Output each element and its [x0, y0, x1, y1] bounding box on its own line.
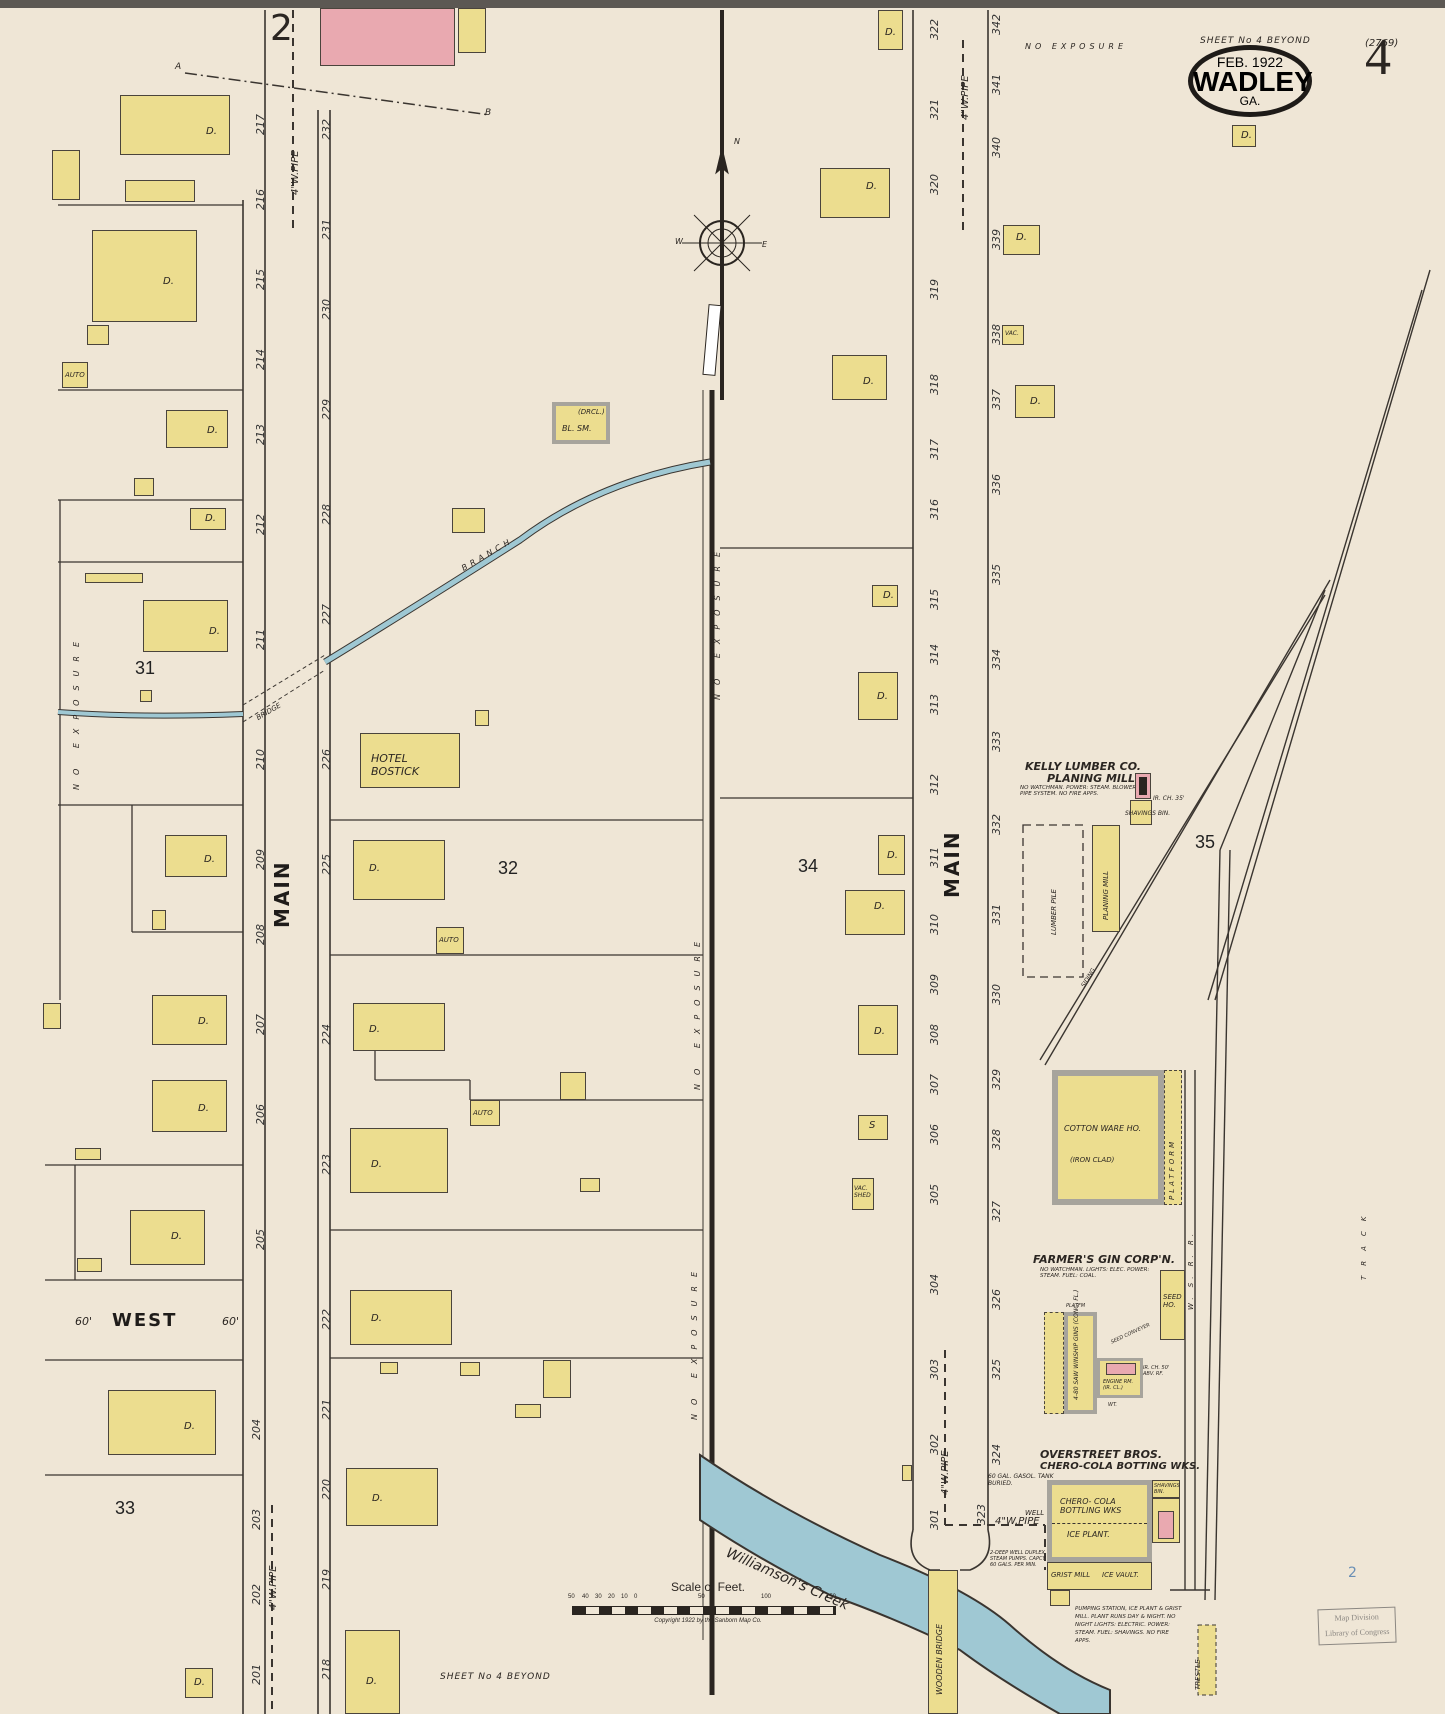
addr-208: 208 [254, 924, 267, 945]
shed [460, 1362, 480, 1376]
addr-314: 314 [928, 644, 941, 665]
catalog-number: (2769) [1365, 38, 1398, 49]
chero-boiler-house [1152, 1498, 1180, 1543]
addr-210: 210 [254, 749, 267, 770]
addr-213: 213 [254, 424, 267, 445]
pipe-label-north-east: 4"W.PIPE [960, 75, 971, 120]
kelly-stack-label: IR. CH. 35' [1153, 795, 1185, 802]
block-35: 35 [1195, 832, 1215, 853]
addr-327: 327 [990, 1201, 1003, 1222]
auto-garage [85, 573, 143, 583]
dwelling: D. [143, 600, 228, 652]
pump-shed [1050, 1590, 1070, 1606]
no-exposure-center: NO EXPOSURE [693, 933, 702, 1090]
addr-305: 305 [928, 1184, 941, 1205]
dwelling: D. [120, 95, 230, 155]
addr-228: 228 [320, 504, 333, 525]
addr-313: 313 [928, 694, 941, 715]
shed [543, 1360, 571, 1398]
frame-store [458, 8, 486, 53]
dwelling: D. [820, 168, 890, 218]
hotel-bostick: HOTEL BOSTICK [360, 733, 460, 788]
addr-211: 211 [254, 629, 267, 650]
auto-garage [134, 478, 154, 496]
planing-mill-label: PLANING MILL [1102, 871, 1110, 920]
no-exposure-top: NO EXPOSURE [1025, 42, 1127, 51]
dwelling: D. [350, 1290, 452, 1345]
block-32: 32 [498, 858, 518, 879]
scale-bar: Scale of Feet. 50 40 30 20 10 0 50 100 1… [568, 1580, 848, 1624]
auto-garage [52, 150, 80, 200]
shed [140, 690, 152, 702]
dwelling: D. [92, 230, 197, 322]
dwelling: D. [1232, 125, 1256, 147]
cotton-warehouse: COTTON WARE HO. (IRON CLAD) [1052, 1070, 1164, 1205]
addr-212: 212 [254, 514, 267, 535]
title-cartouche: FEB. 1922 WADLEY GA. [1188, 45, 1312, 117]
addr-318: 318 [928, 374, 941, 395]
gin-building [1064, 1312, 1097, 1414]
auto-garage: AUTO [436, 927, 464, 954]
addr-328: 328 [990, 1129, 1003, 1150]
no-exposure-center-south: NO EXPOSURE [690, 1263, 699, 1420]
dwelling: D. [872, 585, 898, 607]
scale-title: Scale of Feet. [568, 1580, 848, 1594]
corner-mark: 2 [1348, 1565, 1357, 1581]
compass-e: E [762, 240, 767, 249]
addr-333: 333 [990, 731, 1003, 752]
addr-341: 341 [990, 74, 1003, 95]
addr-329: 329 [990, 1069, 1003, 1090]
block-33: 33 [115, 1498, 135, 1519]
dwelling: D. [152, 1080, 227, 1132]
addr-306: 306 [928, 1124, 941, 1145]
library-stamp: Map Division Library of Congress [1317, 1607, 1396, 1646]
chero-notes: PUMPING STATION, ICE PLANT & GRIST MILL.… [1075, 1605, 1185, 1645]
no-exposure-west: NO EXPOSURE [72, 633, 81, 790]
top-border [0, 0, 1445, 8]
boiler [1158, 1511, 1174, 1539]
addr-202: 202 [250, 1584, 263, 1605]
dwelling: D. [878, 835, 905, 875]
addr-223: 223 [320, 1154, 333, 1175]
addr-302: 302 [928, 1434, 941, 1455]
dwelling: D. [353, 1003, 445, 1051]
lumber-pile-label: LUMBER PILE [1050, 889, 1058, 935]
divider [1052, 1523, 1147, 1524]
addr-326: 326 [990, 1289, 1003, 1310]
addr-225: 225 [320, 854, 333, 875]
chero-cola-bottling-works: CHERO- COLA BOTTLING WKS ICE PLANT. [1047, 1480, 1152, 1562]
addr-218: 218 [320, 1659, 333, 1680]
shed [152, 910, 166, 930]
addr-205: 205 [254, 1229, 267, 1250]
dwelling: D. [858, 672, 898, 720]
addr-214: 214 [254, 349, 267, 370]
addr-311: 311 [928, 847, 941, 868]
dwelling: D. [108, 1390, 216, 1455]
vacant-shed: VAC. SHED [852, 1178, 874, 1210]
addr-216: 216 [254, 189, 267, 210]
addr-323: 323 [975, 1504, 988, 1525]
addr-203: 203 [250, 1509, 263, 1530]
boiler [1106, 1363, 1136, 1375]
addr-317: 317 [928, 439, 941, 460]
street-main-east: MAIN [940, 830, 964, 898]
addr-336: 336 [990, 474, 1003, 495]
shed [87, 325, 109, 345]
addr-324: 324 [990, 1444, 1003, 1465]
addr-325: 325 [990, 1359, 1003, 1380]
addr-309: 309 [928, 974, 941, 995]
addr-339: 339 [990, 229, 1003, 250]
addr-206: 206 [254, 1104, 267, 1125]
addr-338: 338 [990, 324, 1003, 345]
addr-230: 230 [320, 299, 333, 320]
sheet-beyond-top: SHEET No 4 BEYOND [1200, 36, 1311, 46]
addr-340: 340 [990, 137, 1003, 158]
auto-garage: AUTO [62, 362, 88, 388]
addr-222: 222 [320, 1309, 333, 1330]
stack-icon [1139, 777, 1147, 795]
dwelling: D. [190, 508, 226, 530]
auto-garage [77, 1258, 102, 1272]
section-a: A [175, 62, 181, 72]
gin-stack-label: IR. CH. 50' ABV. RF. [1143, 1365, 1171, 1377]
pipe-label-south-east: 4"W.PIPE [940, 1450, 951, 1495]
addr-226: 226 [320, 749, 333, 770]
grist-mill-ice-vault: GRIST MILL ICE VAULT. [1047, 1562, 1152, 1590]
addr-227: 227 [320, 604, 333, 625]
addr-342: 342 [990, 14, 1003, 35]
sheet-beyond-bottom: SHEET No 4 BEYOND [440, 1672, 551, 1682]
addr-320: 320 [928, 174, 941, 195]
cotton-platform-label: PLATFORM [1168, 1139, 1176, 1200]
auto-garage: AUTO [470, 1100, 500, 1126]
shed [475, 710, 489, 726]
blacksmith-shop: BL. SM. (DRCL.) [552, 402, 610, 444]
pipe-label-north-west: 4"W.PIPE [290, 150, 301, 195]
addr-321: 321 [928, 99, 941, 120]
addr-217: 217 [254, 114, 267, 135]
gin-name: FARMER'S GIN CORP'N. [1033, 1253, 1175, 1266]
vacant: VAC. [1002, 325, 1024, 345]
engine-room: ENGINE RM. (IR. CL.) [1097, 1358, 1143, 1398]
dwelling: D. [353, 840, 445, 900]
store: S [858, 1115, 888, 1140]
street-west: WEST [112, 1310, 177, 1331]
gin-platform-label: PLATFM [1066, 1303, 1085, 1309]
addr-337: 337 [990, 389, 1003, 410]
dwelling: D. [130, 1210, 205, 1265]
street-main-west: MAIN [270, 860, 294, 928]
compass-n: N [734, 137, 740, 146]
seed-house: SEED HO. [1160, 1270, 1185, 1340]
gin-notes: NO WATCHMAN. LIGHTS: ELEC. POWER: STEAM.… [1040, 1267, 1150, 1279]
dwelling: D. [345, 1630, 400, 1714]
compass-w: W [675, 237, 683, 246]
dwelling: D. [185, 1668, 213, 1698]
addr-319: 319 [928, 279, 941, 300]
addr-207: 207 [254, 1014, 267, 1035]
west-width-right: 60' [222, 1315, 239, 1328]
addr-331: 331 [990, 904, 1003, 925]
addr-315: 315 [928, 589, 941, 610]
dwelling: D. [878, 10, 903, 50]
dwelling: D. [165, 835, 227, 877]
addr-310: 310 [928, 914, 941, 935]
addr-219: 219 [320, 1569, 333, 1590]
dwelling: D. [858, 1005, 898, 1055]
no-exposure-center-north: NO EXPOSURE [713, 543, 722, 700]
kelly-stack [1135, 773, 1151, 799]
addr-221: 221 [320, 1399, 333, 1420]
wooden-bridge-label: WOODEN BRIDGE [935, 1624, 944, 1695]
shed [380, 1362, 398, 1374]
addr-201: 201 [250, 1664, 263, 1685]
dwelling: D. [832, 355, 887, 400]
block-31: 31 [135, 658, 155, 679]
addr-301: 301 [928, 1509, 941, 1530]
addr-231: 231 [320, 219, 333, 240]
addr-224: 224 [320, 1024, 333, 1045]
auto-garage [75, 1148, 101, 1160]
kelly-shavings-label: SHAVINGS BIN. [1125, 810, 1170, 817]
gin-platform [1044, 1312, 1064, 1414]
pumps-label: 2-DEEP WELL DUPLEX STEAM PUMPS. CAPCY 60… [990, 1550, 1048, 1568]
addr-307: 307 [928, 1074, 941, 1095]
kelly-notes: NO WATCHMAN. POWER: STEAM. BLOWER PIPE S… [1020, 785, 1140, 797]
auto-garage [43, 1003, 61, 1029]
section-b: B [485, 108, 491, 118]
addr-312: 312 [928, 774, 941, 795]
dwelling: D. [166, 410, 228, 448]
railroad-name: W. S. R. R. [1187, 1230, 1195, 1310]
pipe-label-south-west: 4"W.PIPE [268, 1565, 279, 1610]
brick-store [320, 8, 455, 66]
addr-316: 316 [928, 499, 941, 520]
shed [515, 1404, 541, 1418]
dwelling: D. [350, 1128, 448, 1193]
block-34: 34 [798, 856, 818, 877]
addr-322: 322 [928, 19, 941, 40]
addr-215: 215 [254, 269, 267, 290]
gin-well-label: WT. [1108, 1402, 1117, 1408]
chero-shavings-bin: SHAVINGS BIN. [1152, 1480, 1180, 1498]
addr-303: 303 [928, 1359, 941, 1380]
kelly-planing-mill: PLANING MILL [1047, 772, 1135, 785]
overstreet-name: OVERSTREET BROS. [1040, 1448, 1162, 1461]
chero-cola-name: CHERO-COLA BOTTING WKS. [1040, 1461, 1200, 1472]
adjacent-sheet-number: 2 [270, 8, 293, 49]
shed [902, 1465, 912, 1481]
addr-232: 232 [320, 119, 333, 140]
copyright: Copyright 1922 by the Sanborn Map Co. [568, 1618, 848, 1624]
scale-bar-graphic [572, 1606, 836, 1615]
sheet-number: 4 [1365, 28, 1391, 87]
addr-334: 334 [990, 649, 1003, 670]
town-name: WADLEY [1193, 70, 1307, 94]
well-label: WELL [1025, 1509, 1044, 1517]
addr-332: 332 [990, 814, 1003, 835]
addr-335: 335 [990, 564, 1003, 585]
shed [560, 1072, 586, 1100]
addr-308: 308 [928, 1024, 941, 1045]
dwelling [125, 180, 195, 202]
shed [580, 1178, 600, 1192]
dwelling: D. [1003, 225, 1040, 255]
track-label: TRACK [1360, 1207, 1368, 1280]
dwelling: D. [152, 995, 227, 1045]
scale-ticks: 50 40 30 20 10 0 50 100 150 [568, 1594, 848, 1606]
addr-204: 204 [250, 1419, 263, 1440]
trestle-label: TRESTLE [1194, 1659, 1202, 1690]
addr-209: 209 [254, 849, 267, 870]
addr-229: 229 [320, 399, 333, 420]
addr-304: 304 [928, 1274, 941, 1295]
dwelling: D. [346, 1468, 438, 1526]
addr-220: 220 [320, 1479, 333, 1500]
dwelling: D. [1015, 385, 1055, 418]
addr-330: 330 [990, 984, 1003, 1005]
shed [452, 508, 485, 533]
dwelling: D. [845, 890, 905, 935]
pipe-label-well: 4"W.PIPE [995, 1516, 1040, 1527]
west-width-left: 60' [75, 1315, 92, 1328]
